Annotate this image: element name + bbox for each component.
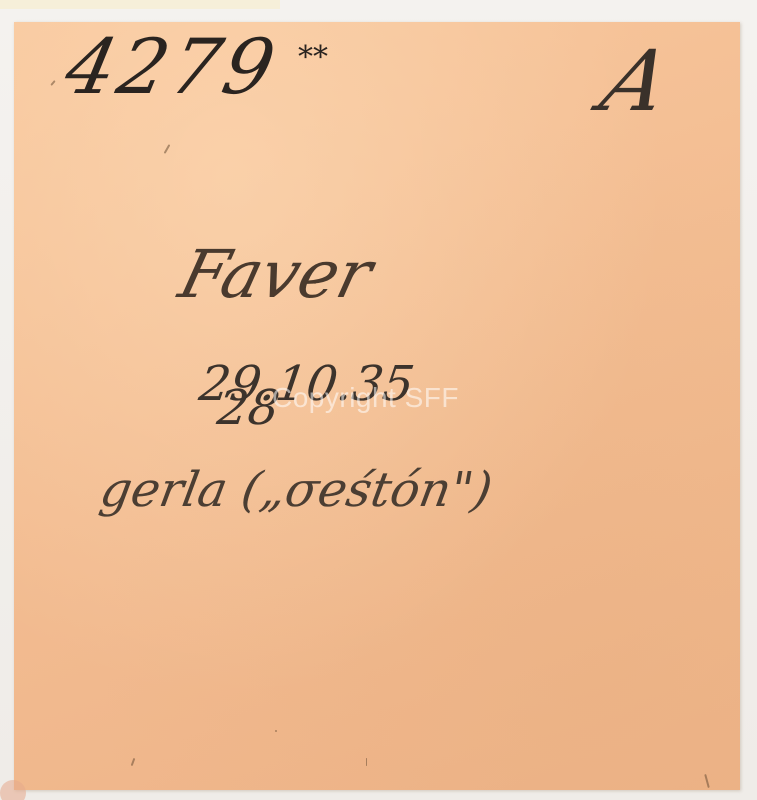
paper-fleck — [704, 774, 710, 788]
catalog-number: 4279 — [58, 22, 286, 111]
copyright-watermark: Copyright SFF — [272, 382, 459, 414]
catalog-marks: ** — [298, 40, 328, 75]
paper-strip-edge — [0, 0, 280, 9]
note-text: gerla („σeśtón") — [96, 462, 496, 518]
photo-scene: 4279 ** A Faver 29.10.35 28 gerla („σeśt… — [0, 0, 757, 800]
paper-fleck — [131, 758, 136, 766]
paper-fleck — [50, 80, 55, 86]
paper-fleck — [164, 144, 171, 154]
surname-text: Faver — [172, 236, 380, 313]
finger-blur — [0, 780, 26, 800]
paper-fleck — [366, 758, 367, 766]
paper-fleck — [275, 730, 277, 732]
